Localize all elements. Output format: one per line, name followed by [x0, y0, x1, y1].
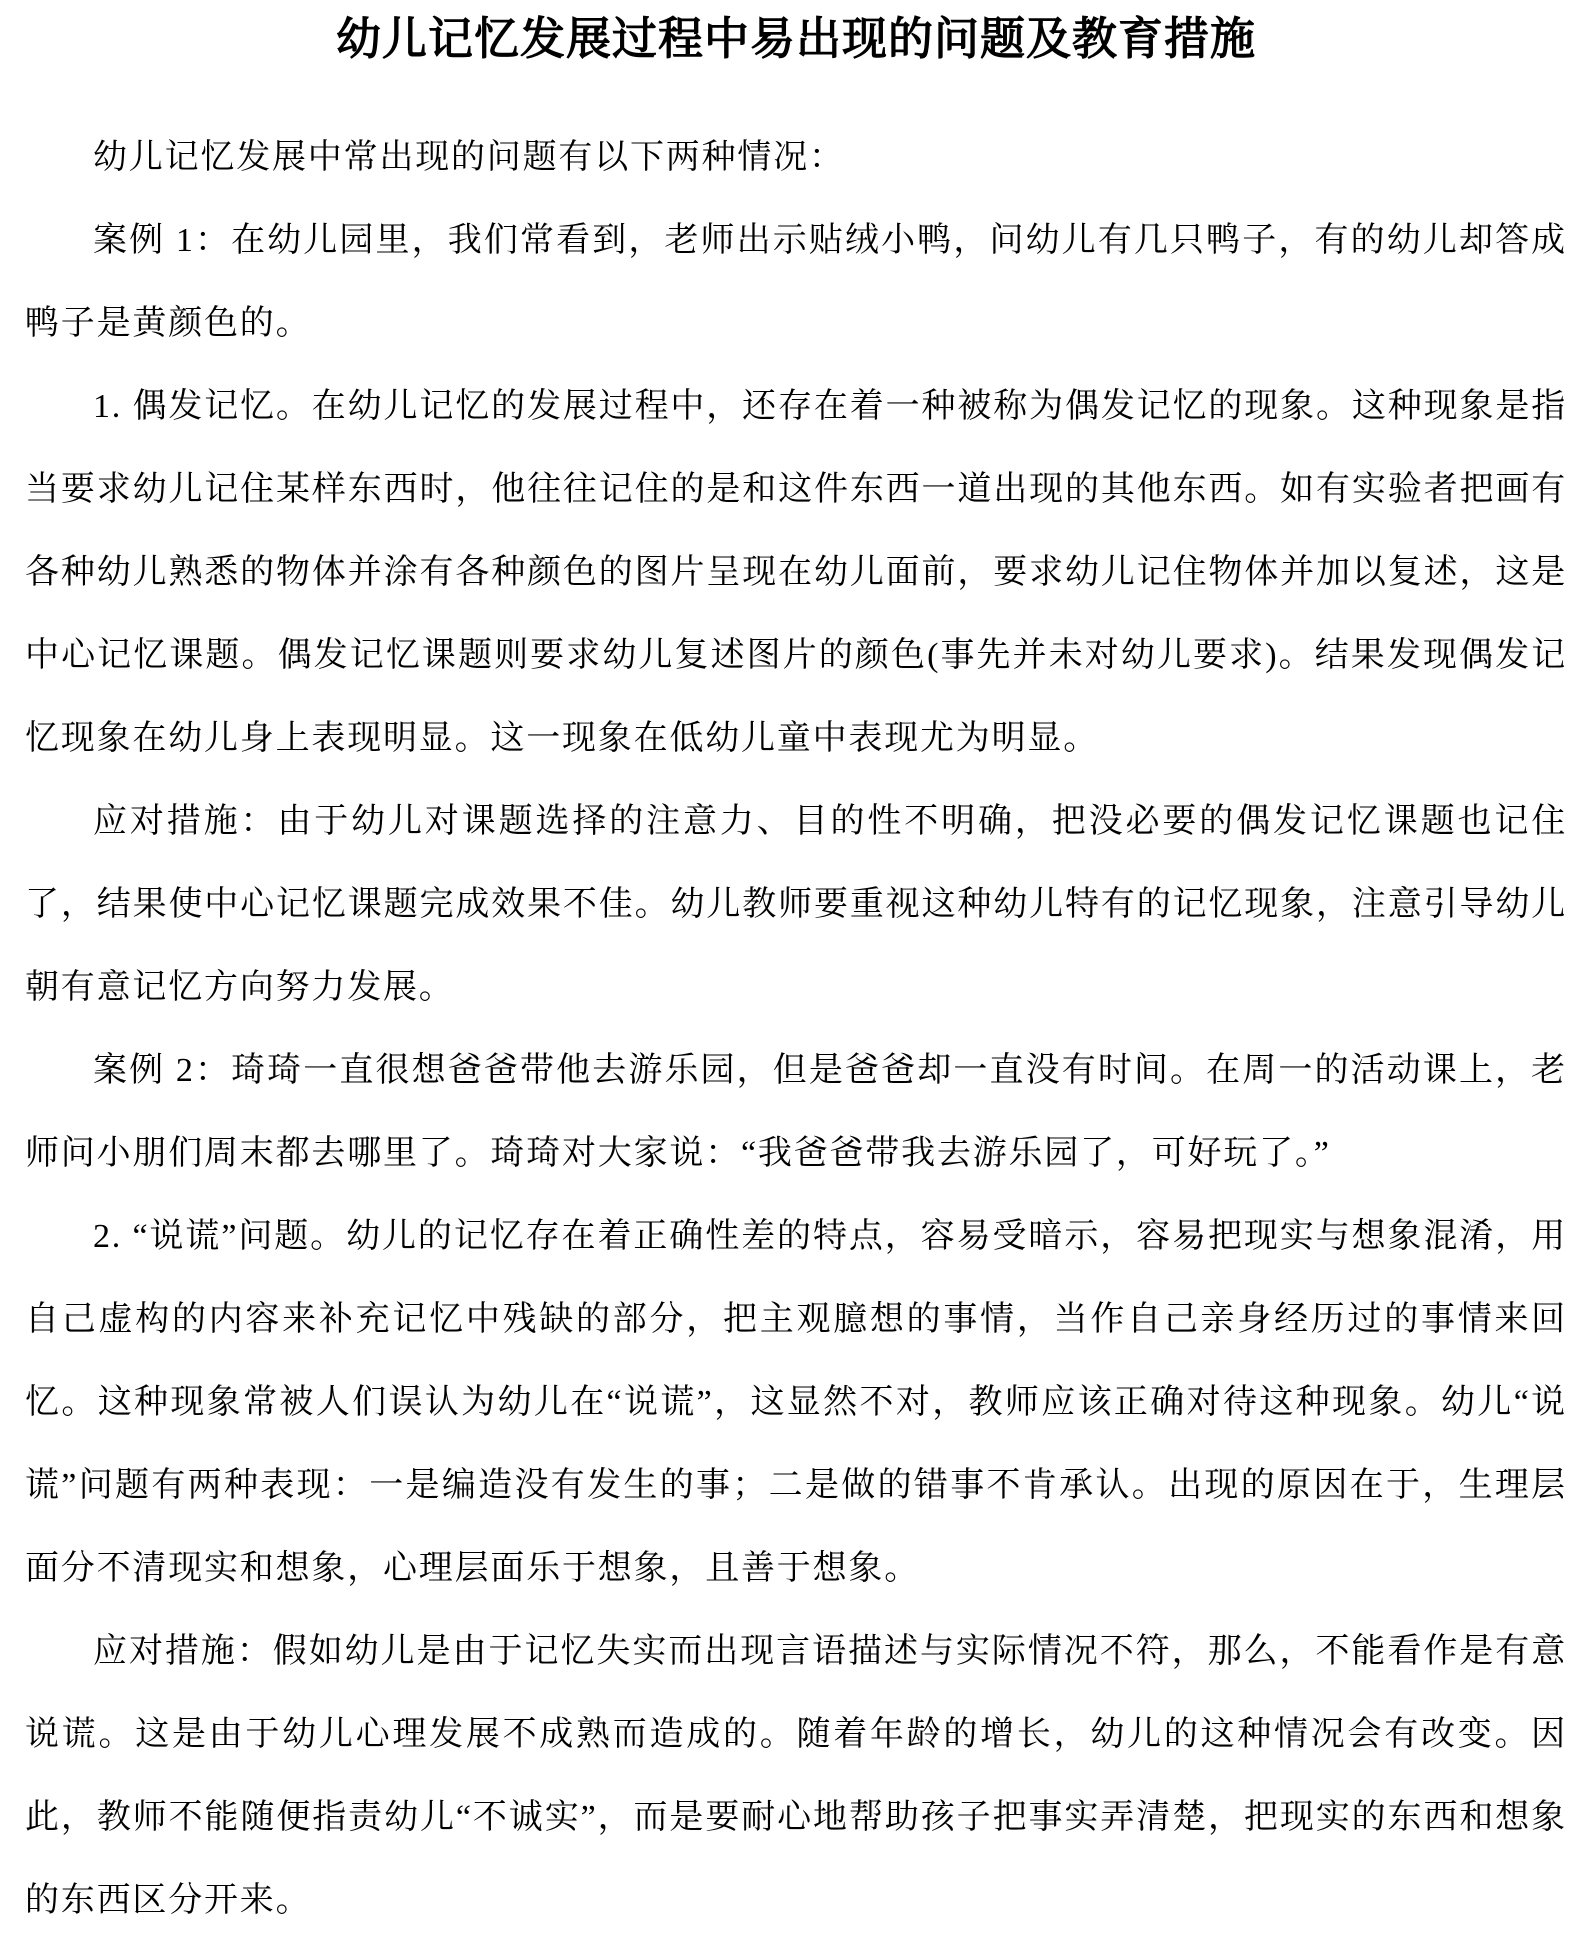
document-body: 幼儿记忆发展中常出现的问题有以下两种情况： 案例 1：在幼儿园里，我们常看到，老…: [25, 116, 1567, 1934]
document-page: 幼儿记忆发展过程中易出现的问题及教育措施 幼儿记忆发展中常出现的问题有以下两种情…: [0, 0, 1587, 1934]
paragraph-intro: 幼儿记忆发展中常出现的问题有以下两种情况：: [25, 116, 1567, 199]
paragraph-measures-2: 应对措施：假如幼儿是由于记忆失实而出现言语描述与实际情况不符，那么，不能看作是有…: [25, 1610, 1567, 1934]
paragraph-problem-1-incidental-memory: 1. 偶发记忆。在幼儿记忆的发展过程中，还存在着一种被称为偶发记忆的现象。这种现…: [25, 365, 1567, 780]
document-title: 幼儿记忆发展过程中易出现的问题及教育措施: [25, 10, 1567, 64]
paragraph-problem-2-lying: 2. “说谎”问题。幼儿的记忆存在着正确性差的特点，容易受暗示，容易把现实与想象…: [25, 1195, 1567, 1610]
paragraph-case-2: 案例 2：琦琦一直很想爸爸带他去游乐园，但是爸爸却一直没有时间。在周一的活动课上…: [25, 1029, 1567, 1195]
paragraph-measures-1: 应对措施：由于幼儿对课题选择的注意力、目的性不明确，把没必要的偶发记忆课题也记住…: [25, 780, 1567, 1029]
paragraph-case-1: 案例 1：在幼儿园里，我们常看到，老师出示贴绒小鸭，问幼儿有几只鸭子，有的幼儿却…: [25, 199, 1567, 365]
